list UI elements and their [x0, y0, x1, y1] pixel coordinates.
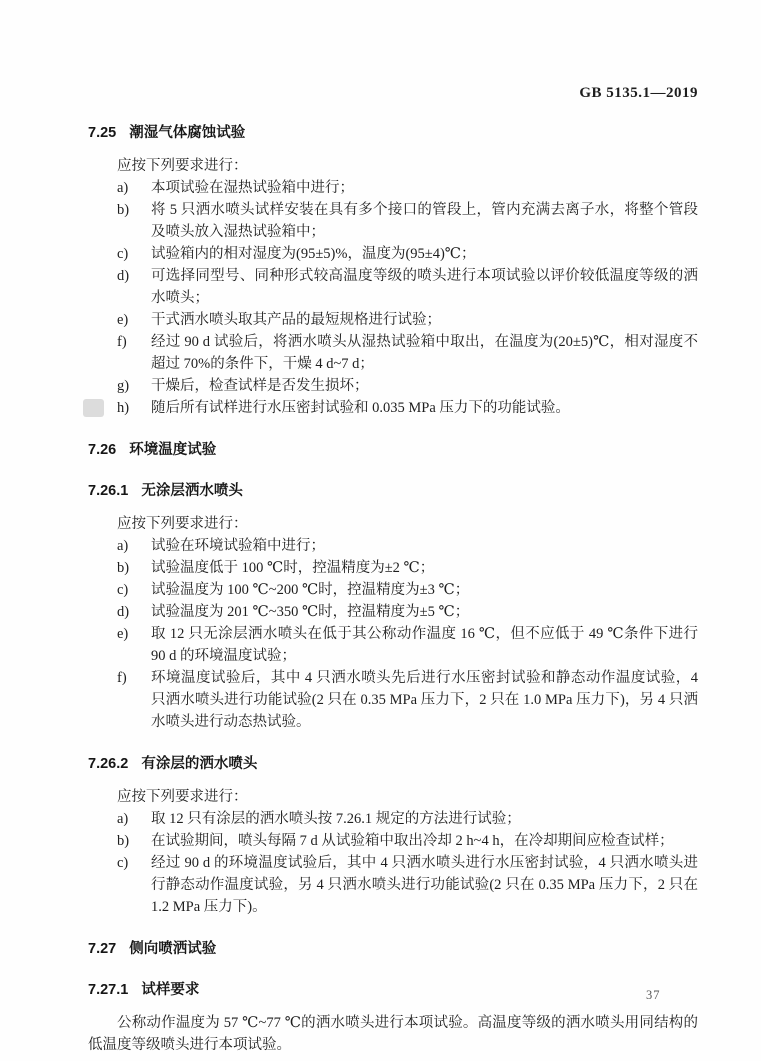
section-title: 潮湿气体腐蚀试验: [129, 125, 245, 141]
item-text: 试验温度低于 100 ℃时，控温精度为±2 ℃；: [151, 557, 698, 579]
item-label: d): [88, 265, 151, 309]
doc-header: GB 5135.1—2019: [88, 84, 698, 102]
list-item: b)在试验期间，喷头每隔 7 d 从试验箱中取出冷却 2 h~4 h，在冷却期间…: [88, 830, 698, 852]
list-item: h)随后所有试样进行水压密封试验和 0.035 MPa 压力下的功能试验。: [88, 397, 698, 419]
item-label: a): [88, 808, 151, 830]
paragraph: 公称动作温度为 57 ℃~77 ℃的洒水喷头进行本项试验。高温度等级的洒水喷头用…: [88, 1012, 698, 1056]
section-number: 7.26.2: [88, 756, 128, 772]
list-intro: 应按下列要求进行：: [88, 513, 698, 535]
item-text: 环境温度试验后，其中 4 只洒水喷头先后进行水压密封试验和静态动作温度试验，4 …: [151, 667, 698, 733]
section-title: 侧向喷洒试验: [129, 941, 216, 957]
section-heading: 7.27.1试样要求: [88, 980, 698, 1000]
list-item: e)取 12 只无涂层洒水喷头在低于其公称动作温度 16 ℃，但不应低于 49 …: [88, 623, 698, 667]
item-text: 随后所有试样进行水压密封试验和 0.035 MPa 压力下的功能试验。: [151, 397, 698, 419]
item-label: e): [88, 623, 151, 667]
section-title: 试样要求: [141, 982, 199, 998]
list-item: b)将 5 只洒水喷头试样安装在具有多个接口的管段上，管内充满去离子水，将整个管…: [88, 199, 698, 243]
list-item: e)干式洒水喷头取其产品的最短规格进行试验；: [88, 309, 698, 331]
document-page: GB 5135.1—2019 7.25潮湿气体腐蚀试验应按下列要求进行：a)本项…: [0, 0, 761, 1061]
item-text: 经过 90 d 试验后，将洒水喷头从湿热试验箱中取出，在温度为(20±5)℃，相…: [151, 331, 698, 375]
list-item: c)试验箱内的相对湿度为(95±5)%，温度为(95±4)℃；: [88, 243, 698, 265]
document-content-column: GB 5135.1—2019 7.25潮湿气体腐蚀试验应按下列要求进行：a)本项…: [88, 84, 698, 1056]
list-item: a)试验在环境试验箱中进行；: [88, 535, 698, 557]
item-label: c): [88, 852, 151, 918]
list-intro: 应按下列要求进行：: [88, 786, 698, 808]
section-number: 7.27.1: [88, 982, 128, 998]
section-title: 环境温度试验: [129, 442, 216, 458]
list-item: f)经过 90 d 试验后，将洒水喷头从湿热试验箱中取出，在温度为(20±5)℃…: [88, 331, 698, 375]
list-item: b)试验温度低于 100 ℃时，控温精度为±2 ℃；: [88, 557, 698, 579]
section-number: 7.26.1: [88, 483, 128, 499]
item-label: f): [88, 667, 151, 733]
list-item: f)环境温度试验后，其中 4 只洒水喷头先后进行水压密封试验和静态动作温度试验，…: [88, 667, 698, 733]
list-item: d)试验温度为 201 ℃~350 ℃时，控温精度为±5 ℃；: [88, 601, 698, 623]
item-text: 试验在环境试验箱中进行；: [151, 535, 698, 557]
section-number: 7.26: [88, 442, 116, 458]
item-label: c): [88, 243, 151, 265]
section-number: 7.27: [88, 941, 116, 957]
document-content: 7.25潮湿气体腐蚀试验应按下列要求进行：a)本项试验在湿热试验箱中进行；b)将…: [88, 123, 698, 1056]
list-item: d)可选择同型号、同种形式较高温度等级的喷头进行本项试验以评价较低温度等级的洒水…: [88, 265, 698, 309]
item-text: 取 12 只无涂层洒水喷头在低于其公称动作温度 16 ℃，但不应低于 49 ℃条…: [151, 623, 698, 667]
list-item: a)取 12 只有涂层的洒水喷头按 7.26.1 规定的方法进行试验；: [88, 808, 698, 830]
item-text: 干燥后，检查试样是否发生损坏；: [151, 375, 698, 397]
section-number: 7.25: [88, 125, 116, 141]
section-heading: 7.27侧向喷洒试验: [88, 939, 698, 959]
item-text: 本项试验在湿热试验箱中进行；: [151, 177, 698, 199]
item-text: 经过 90 d 的环境温度试验后，其中 4 只洒水喷头进行水压密封试验，4 只洒…: [151, 852, 698, 918]
scan-artifact: [83, 399, 104, 417]
item-label: b): [88, 557, 151, 579]
item-text: 试验温度为 100 ℃~200 ℃时，控温精度为±3 ℃；: [151, 579, 698, 601]
item-text: 将 5 只洒水喷头试样安装在具有多个接口的管段上，管内充满去离子水，将整个管段及…: [151, 199, 698, 243]
item-text: 可选择同型号、同种形式较高温度等级的喷头进行本项试验以评价较低温度等级的洒水喷头…: [151, 265, 698, 309]
section-heading: 7.26.1无涂层洒水喷头: [88, 481, 698, 501]
list-item: a)本项试验在湿热试验箱中进行；: [88, 177, 698, 199]
list-item: c)经过 90 d 的环境温度试验后，其中 4 只洒水喷头进行水压密封试验，4 …: [88, 852, 698, 918]
page-number: 37: [646, 988, 661, 1003]
item-text: 试验箱内的相对湿度为(95±5)%，温度为(95±4)℃；: [151, 243, 698, 265]
section-title: 有涂层的洒水喷头: [141, 756, 257, 772]
list-intro: 应按下列要求进行：: [88, 155, 698, 177]
item-label: a): [88, 177, 151, 199]
list-item: c)试验温度为 100 ℃~200 ℃时，控温精度为±3 ℃；: [88, 579, 698, 601]
item-label: f): [88, 331, 151, 375]
section-heading: 7.25潮湿气体腐蚀试验: [88, 123, 698, 143]
item-label: b): [88, 830, 151, 852]
item-label: c): [88, 579, 151, 601]
list-item: g)干燥后，检查试样是否发生损坏；: [88, 375, 698, 397]
item-text: 干式洒水喷头取其产品的最短规格进行试验；: [151, 309, 698, 331]
item-text: 取 12 只有涂层的洒水喷头按 7.26.1 规定的方法进行试验；: [151, 808, 698, 830]
section-title: 无涂层洒水喷头: [141, 483, 243, 499]
item-text: 在试验期间，喷头每隔 7 d 从试验箱中取出冷却 2 h~4 h，在冷却期间应检…: [151, 830, 698, 852]
section-heading: 7.26环境温度试验: [88, 440, 698, 460]
section-heading: 7.26.2有涂层的洒水喷头: [88, 754, 698, 774]
standard-number: GB 5135.1—2019: [579, 85, 698, 101]
item-label: e): [88, 309, 151, 331]
item-label: a): [88, 535, 151, 557]
item-label: g): [88, 375, 151, 397]
item-label: d): [88, 601, 151, 623]
item-text: 试验温度为 201 ℃~350 ℃时，控温精度为±5 ℃；: [151, 601, 698, 623]
item-label: b): [88, 199, 151, 243]
